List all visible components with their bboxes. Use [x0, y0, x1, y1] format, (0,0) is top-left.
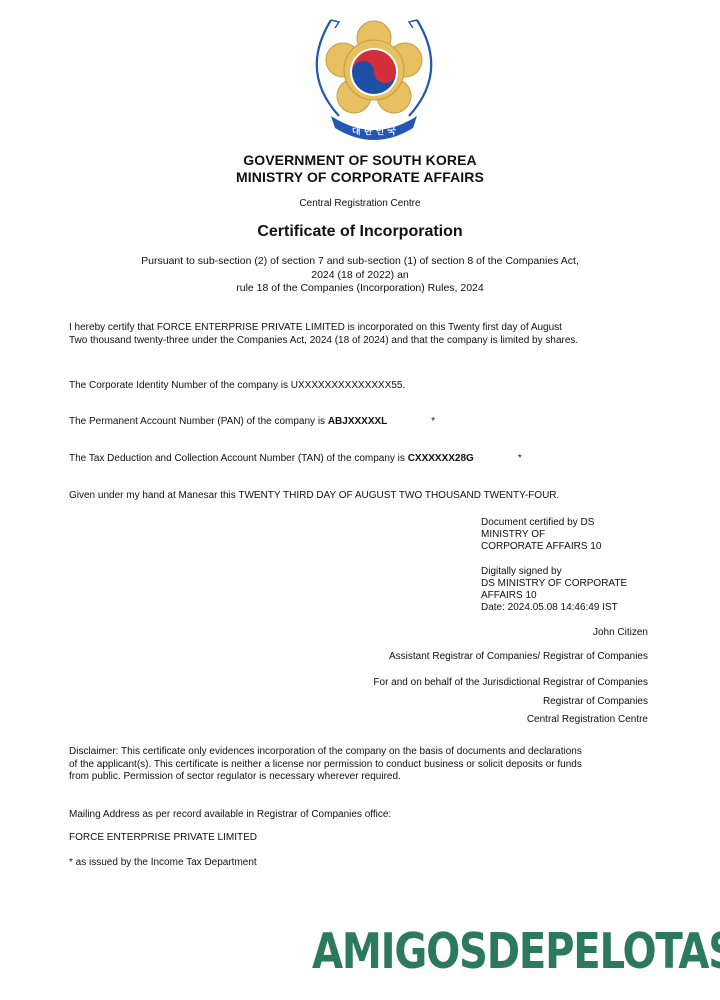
tan-statement: The Tax Deduction and Collection Account… — [69, 453, 649, 466]
mailing-address-label: Mailing Address as per record available … — [69, 809, 649, 822]
emblem-ribbon-text: 대 한 민 국 — [352, 125, 396, 137]
tan-asterisk: * — [518, 453, 522, 466]
watermark-main: AMIGOSDEPELOTAS — [312, 923, 720, 980]
pan-value: ABJXXXXXL — [328, 416, 387, 427]
signatory-name: John Citizen — [593, 627, 648, 638]
income-tax-footnote: * as issued by the Income Tax Department — [69, 857, 649, 870]
heading-line-1: GOVERNMENT OF SOUTH KOREA — [0, 152, 720, 169]
mailing-address-company: FORCE ENTERPRISE PRIVATE LIMITED — [69, 832, 649, 845]
given-statement: Given under my hand at Manesar this TWEN… — [69, 490, 649, 503]
signatory-centre: Central Registration Centre — [527, 714, 648, 725]
pan-asterisk: * — [431, 416, 435, 429]
pan-statement: The Permanent Account Number (PAN) of th… — [69, 416, 649, 429]
certificate-title: Certificate of Incorporation — [0, 223, 720, 241]
disclaimer: Disclaimer: This certificate only eviden… — [69, 746, 669, 784]
tan-value: CXXXXXX28G — [408, 453, 474, 464]
government-heading: GOVERNMENT OF SOUTH KOREA MINISTRY OF CO… — [0, 152, 720, 186]
signatory-behalf: For and on behalf of the Jurisdictional … — [373, 677, 648, 688]
certification-statement: I hereby certify that FORCE ENTERPRISE P… — [69, 322, 649, 347]
signatory-registrar: Registrar of Companies — [543, 696, 648, 707]
site-watermark: AMIGOSDEPELOTAS.COM — [312, 922, 720, 982]
document-certified-block: Document certified by DS MINISTRY OF COR… — [481, 517, 601, 553]
cin-statement: The Corporate Identity Number of the com… — [69, 380, 649, 393]
signature-date: Date: 2024.05.08 14:46:49 IST — [481, 602, 627, 614]
registration-office: Central Registration Centre — [0, 198, 720, 209]
signatory-role: Assistant Registrar of Companies/ Regist… — [389, 651, 648, 662]
digital-signature-block: Digitally signed by DS MINISTRY OF CORPO… — [481, 566, 627, 614]
pursuant-clause: Pursuant to sub-section (2) of section 7… — [100, 255, 620, 296]
south-korea-emblem-icon: 대 한 민 국 — [309, 12, 439, 140]
heading-line-2: MINISTRY OF CORPORATE AFFAIRS — [0, 169, 720, 186]
